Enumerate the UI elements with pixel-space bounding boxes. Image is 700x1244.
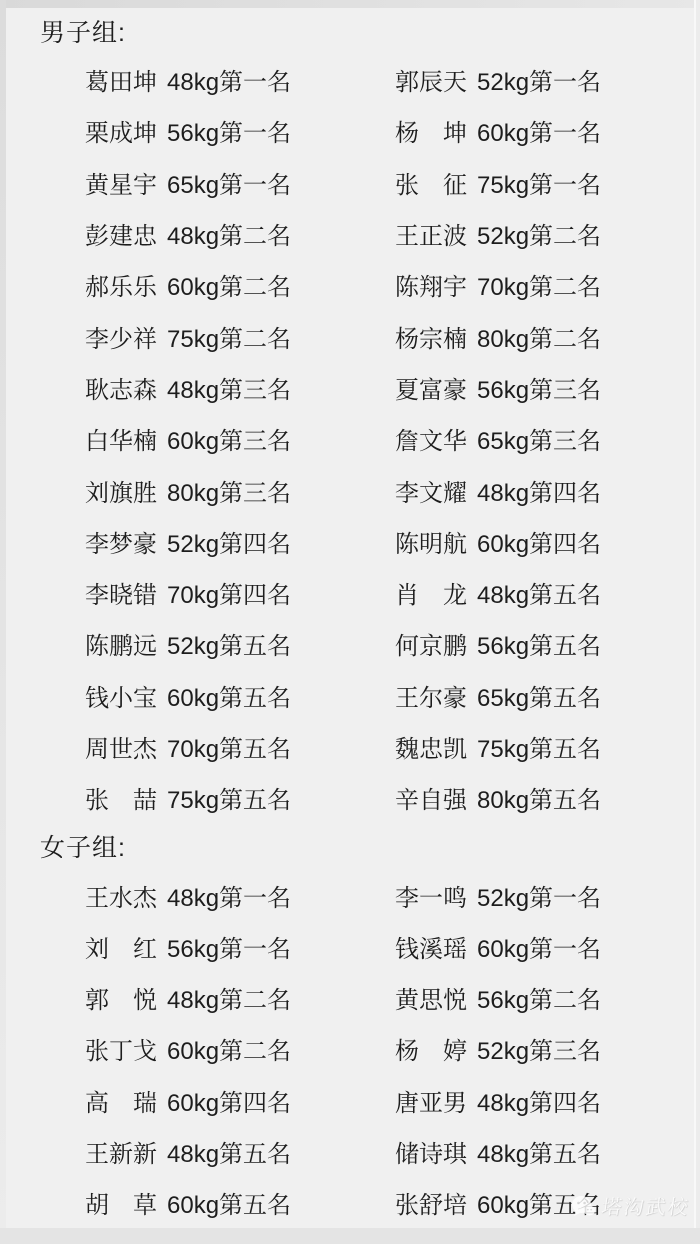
results-list: 男子组: 葛田坤 48kg第一名 郭辰天 52kg第一名 栗成坤 56kg第一名… [0,0,700,1244]
athlete-entry: 郭 悦 48kg第二名 [85,980,395,1015]
athlete-result: 60kg第四名 [477,524,601,559]
wechat-icon [570,1193,596,1219]
athlete-result: 70kg第二名 [477,267,601,302]
athlete-entry: 储诗琪 48kg第五名 [395,1134,700,1169]
athlete-result: 52kg第四名 [167,524,291,559]
athlete-result: 60kg第四名 [167,1083,291,1118]
athlete-entry: 黄星宇 65kg第一名 [85,165,395,200]
athlete-entry: 张丁戈 60kg第二名 [85,1031,395,1066]
athlete-name: 刘旗胜 [85,473,157,508]
athlete-result: 65kg第五名 [477,678,601,713]
result-row: 葛田坤 48kg第一名 郭辰天 52kg第一名 [0,54,700,105]
athlete-name: 黄星宇 [85,165,157,200]
athlete-entry: 李少祥 75kg第二名 [85,319,395,354]
result-row: 李晓错 70kg第四名 肖 龙 48kg第五名 [0,567,700,618]
athlete-name: 李少祥 [85,319,157,354]
athlete-result: 56kg第一名 [167,113,291,148]
athlete-result: 52kg第五名 [167,626,291,661]
athlete-result: 52kg第二名 [477,216,601,251]
athlete-entry: 詹文华 65kg第三名 [395,421,700,456]
results-section: 男子组: 葛田坤 48kg第一名 郭辰天 52kg第一名 栗成坤 56kg第一名… [0,8,700,823]
athlete-name: 张舒培 [395,1185,467,1220]
athlete-entry: 辛自强 80kg第五名 [395,780,700,815]
result-row: 张 喆 75kg第五名 辛自强 80kg第五名 [0,772,700,823]
athlete-name: 辛自强 [395,780,467,815]
athlete-entry: 陈明航 60kg第四名 [395,524,700,559]
athlete-entry: 李梦豪 52kg第四名 [85,524,395,559]
athlete-result: 80kg第三名 [167,473,291,508]
athlete-entry: 高 瑞 60kg第四名 [85,1083,395,1118]
athlete-result: 80kg第二名 [477,319,601,354]
result-row: 刘旗胜 80kg第三名 李文耀 48kg第四名 [0,464,700,515]
result-row: 王水杰 48kg第一名 李一鸣 52kg第一名 [0,869,700,920]
athlete-name: 耿志森 [85,370,157,405]
athlete-name: 李文耀 [395,473,467,508]
athlete-name: 李梦豪 [85,524,157,559]
result-row: 郭 悦 48kg第二名 黄思悦 56kg第二名 [0,972,700,1023]
athlete-result: 70kg第四名 [167,575,291,610]
result-row: 李梦豪 52kg第四名 陈明航 60kg第四名 [0,516,700,567]
athlete-name: 张 征 [395,165,467,200]
athlete-entry: 魏忠凯 75kg第五名 [395,729,700,764]
athlete-entry: 王正波 52kg第二名 [395,216,700,251]
athlete-result: 52kg第三名 [477,1031,601,1066]
athlete-name: 高 瑞 [85,1083,157,1118]
athlete-result: 48kg第三名 [167,370,291,405]
athlete-result: 80kg第五名 [477,780,601,815]
athlete-entry: 周世杰 70kg第五名 [85,729,395,764]
athlete-result: 48kg第四名 [477,473,601,508]
athlete-name: 刘 红 [85,929,157,964]
athlete-name: 陈明航 [395,524,467,559]
athlete-result: 60kg第五名 [167,678,291,713]
athlete-result: 60kg第三名 [167,421,291,456]
athlete-entry: 钱小宝 60kg第五名 [85,678,395,713]
athlete-result: 60kg第五名 [167,1185,291,1220]
athlete-name: 黄思悦 [395,980,467,1015]
athlete-result: 65kg第一名 [167,165,291,200]
athlete-entry: 张 喆 75kg第五名 [85,780,395,815]
athlete-name: 彭建忠 [85,216,157,251]
athlete-result: 60kg第一名 [477,113,601,148]
result-row: 高 瑞 60kg第四名 唐亚男 48kg第四名 [0,1075,700,1126]
athlete-name: 夏富豪 [395,370,467,405]
athlete-entry: 葛田坤 48kg第一名 [85,62,395,97]
athlete-entry: 唐亚男 48kg第四名 [395,1083,700,1118]
athlete-name: 杨 婷 [395,1031,467,1066]
athlete-name: 王尔豪 [395,678,467,713]
athlete-result: 75kg第一名 [477,165,601,200]
section-rows: 葛田坤 48kg第一名 郭辰天 52kg第一名 栗成坤 56kg第一名 杨 坤 … [0,54,700,823]
athlete-entry: 胡 草 60kg第五名 [85,1185,395,1220]
result-row: 栗成坤 56kg第一名 杨 坤 60kg第一名 [0,105,700,156]
athlete-entry: 王新新 48kg第五名 [85,1134,395,1169]
athlete-result: 60kg第二名 [167,267,291,302]
athlete-result: 56kg第二名 [477,980,601,1015]
athlete-result: 48kg第四名 [477,1083,601,1118]
athlete-entry: 肖 龙 48kg第五名 [395,575,700,610]
result-row: 陈鹏远 52kg第五名 何京鹏 56kg第五名 [0,618,700,669]
athlete-name: 郝乐乐 [85,267,157,302]
athlete-entry: 李晓错 70kg第四名 [85,575,395,610]
athlete-name: 郭辰天 [395,62,467,97]
athlete-result: 75kg第五名 [167,780,291,815]
result-row: 耿志森 48kg第三名 夏富豪 56kg第三名 [0,362,700,413]
athlete-result: 70kg第五名 [167,729,291,764]
athlete-result: 48kg第一名 [167,62,291,97]
athlete-name: 杨宗楠 [395,319,467,354]
watermark: 塔沟武校 [570,1191,690,1220]
athlete-name: 钱小宝 [85,678,157,713]
athlete-result: 48kg第五名 [477,1134,601,1169]
group-title: 男子组: [0,8,700,54]
athlete-result: 56kg第五名 [477,626,601,661]
athlete-entry: 李文耀 48kg第四名 [395,473,700,508]
athlete-name: 詹文华 [395,421,467,456]
athlete-name: 王正波 [395,216,467,251]
athlete-name: 唐亚男 [395,1083,467,1118]
athlete-result: 48kg第五名 [477,575,601,610]
athlete-name: 周世杰 [85,729,157,764]
athlete-entry: 陈翔宇 70kg第二名 [395,267,700,302]
athlete-entry: 黄思悦 56kg第二名 [395,980,700,1015]
athlete-result: 48kg第五名 [167,1134,291,1169]
athlete-name: 王新新 [85,1134,157,1169]
watermark-label: 塔沟武校 [600,1191,692,1220]
athlete-result: 65kg第三名 [477,421,601,456]
athlete-entry: 夏富豪 56kg第三名 [395,370,700,405]
athlete-name: 何京鹏 [395,626,467,661]
athlete-name: 郭 悦 [85,980,157,1015]
athlete-entry: 郭辰天 52kg第一名 [395,62,700,97]
athlete-entry: 彭建忠 48kg第二名 [85,216,395,251]
athlete-name: 王水杰 [85,878,157,913]
result-row: 白华楠 60kg第三名 詹文华 65kg第三名 [0,413,700,464]
athlete-entry: 栗成坤 56kg第一名 [85,113,395,148]
athlete-name: 陈翔宇 [395,267,467,302]
athlete-name: 栗成坤 [85,113,157,148]
athlete-entry: 陈鹏远 52kg第五名 [85,626,395,661]
results-section: 女子组: 王水杰 48kg第一名 李一鸣 52kg第一名 刘 红 56kg第一名… [0,823,700,1228]
athlete-result: 52kg第一名 [477,62,601,97]
athlete-result: 48kg第一名 [167,878,291,913]
athlete-result: 56kg第一名 [167,929,291,964]
athlete-result: 75kg第二名 [167,319,291,354]
athlete-name: 李一鸣 [395,878,467,913]
athlete-result: 52kg第一名 [477,878,601,913]
athlete-entry: 何京鹏 56kg第五名 [395,626,700,661]
athlete-result: 75kg第五名 [477,729,601,764]
athlete-entry: 杨 坤 60kg第一名 [395,113,700,148]
athlete-result: 60kg第一名 [477,929,601,964]
athlete-entry: 钱溪瑶 60kg第一名 [395,929,700,964]
athlete-name: 杨 坤 [395,113,467,148]
athlete-name: 陈鹏远 [85,626,157,661]
result-row: 郝乐乐 60kg第二名 陈翔宇 70kg第二名 [0,259,700,310]
athlete-entry: 杨 婷 52kg第三名 [395,1031,700,1066]
athlete-entry: 张 征 75kg第一名 [395,165,700,200]
athlete-name: 魏忠凯 [395,729,467,764]
result-row: 刘 红 56kg第一名 钱溪瑶 60kg第一名 [0,921,700,972]
athlete-name: 张丁戈 [85,1031,157,1066]
athlete-entry: 耿志森 48kg第三名 [85,370,395,405]
page: 男子组: 葛田坤 48kg第一名 郭辰天 52kg第一名 栗成坤 56kg第一名… [0,0,700,1244]
athlete-entry: 郝乐乐 60kg第二名 [85,267,395,302]
section-rows: 王水杰 48kg第一名 李一鸣 52kg第一名 刘 红 56kg第一名 钱溪瑶 … [0,869,700,1228]
athlete-entry: 杨宗楠 80kg第二名 [395,319,700,354]
athlete-name: 钱溪瑶 [395,929,467,964]
athlete-name: 肖 龙 [395,575,467,610]
athlete-entry: 刘旗胜 80kg第三名 [85,473,395,508]
result-row: 王新新 48kg第五名 储诗琪 48kg第五名 [0,1126,700,1177]
athlete-name: 胡 草 [85,1185,157,1220]
athlete-entry: 李一鸣 52kg第一名 [395,878,700,913]
athlete-entry: 王尔豪 65kg第五名 [395,678,700,713]
athlete-result: 48kg第二名 [167,980,291,1015]
result-row: 钱小宝 60kg第五名 王尔豪 65kg第五名 [0,670,700,721]
athlete-result: 60kg第二名 [167,1031,291,1066]
result-row: 张丁戈 60kg第二名 杨 婷 52kg第三名 [0,1023,700,1074]
athlete-name: 白华楠 [85,421,157,456]
result-row: 周世杰 70kg第五名 魏忠凯 75kg第五名 [0,721,700,772]
athlete-name: 葛田坤 [85,62,157,97]
athlete-result: 56kg第三名 [477,370,601,405]
athlete-entry: 刘 红 56kg第一名 [85,929,395,964]
athlete-name: 张 喆 [85,780,157,815]
athlete-entry: 王水杰 48kg第一名 [85,878,395,913]
athlete-entry: 白华楠 60kg第三名 [85,421,395,456]
athlete-name: 李晓错 [85,575,157,610]
athlete-name: 储诗琪 [395,1134,467,1169]
result-row: 彭建忠 48kg第二名 王正波 52kg第二名 [0,208,700,259]
result-row: 黄星宇 65kg第一名 张 征 75kg第一名 [0,157,700,208]
result-row: 李少祥 75kg第二名 杨宗楠 80kg第二名 [0,310,700,361]
athlete-result: 48kg第二名 [167,216,291,251]
group-title: 女子组: [0,823,700,869]
